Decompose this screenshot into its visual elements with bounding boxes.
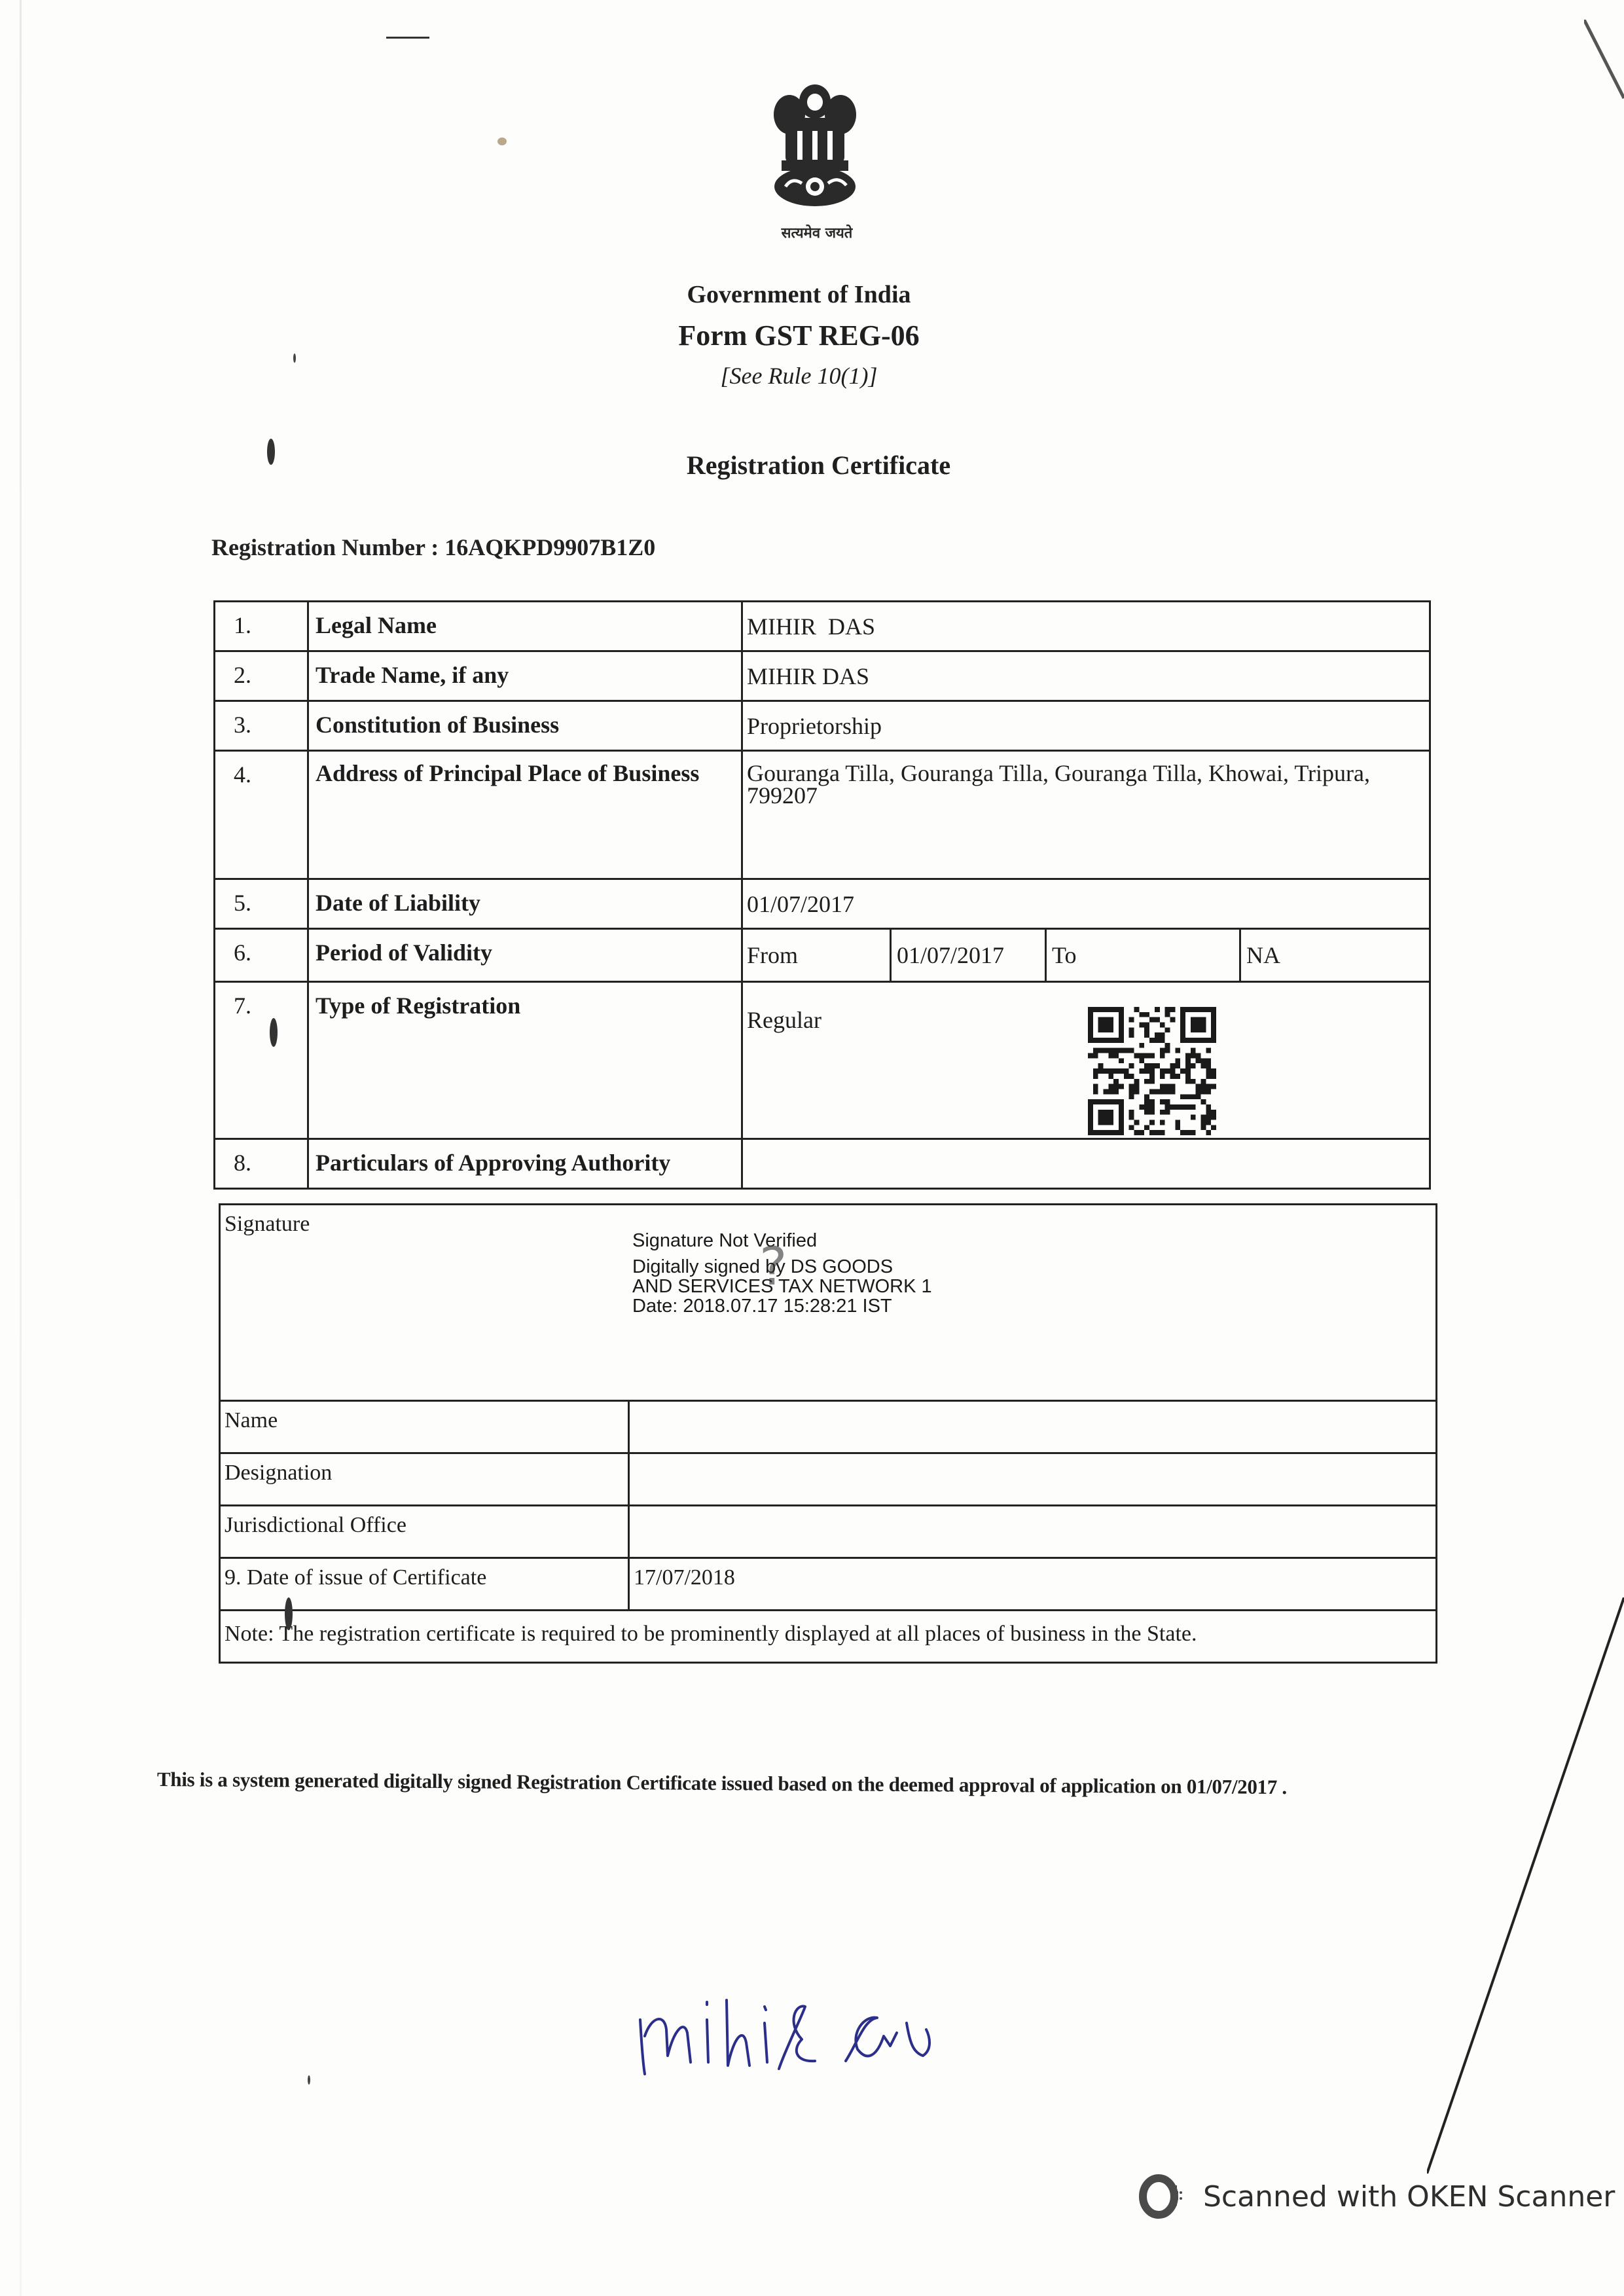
row-number: 6. — [215, 929, 308, 982]
scanner-watermark-text: Scanned with OKEN Scanner — [1203, 2180, 1615, 2214]
oken-scanner-logo-icon — [1139, 2174, 1185, 2219]
row-number: 7. — [215, 982, 308, 1139]
row-label: Address of Principal Place of Business — [308, 751, 742, 879]
date-of-liability-value: 01/07/2017 — [742, 879, 1430, 929]
row-label: Trade Name, if any — [308, 651, 742, 701]
table-row: 4. Address of Principal Place of Busines… — [215, 751, 1430, 879]
system-generated-note: This is a system generated digitally sig… — [157, 1768, 1287, 1799]
scanner-watermark: Scanned with OKEN Scanner — [1139, 2174, 1615, 2219]
scan-speck — [270, 1018, 278, 1047]
row-label: Type of Registration — [308, 982, 742, 1139]
page-fold-line-bottom — [1427, 1597, 1624, 2174]
validity-from-value: 01/07/2017 — [890, 930, 1045, 981]
approving-authority-value — [742, 1139, 1430, 1189]
row-label: Constitution of Business — [308, 701, 742, 751]
table-row: Name — [220, 1401, 1437, 1453]
certificate-details-table: 1. Legal Name MIHIR DAS 2. Trade Name, i… — [213, 600, 1431, 1190]
scan-speck — [285, 1597, 293, 1630]
validity-from-label: From — [743, 941, 890, 969]
row-number: 3. — [215, 701, 308, 751]
row-number: 4. — [215, 751, 308, 879]
table-row: 3. Constitution of Business Proprietorsh… — [215, 701, 1430, 751]
qr-code-icon — [1087, 1007, 1218, 1135]
validity-to-value: NA — [1239, 930, 1429, 981]
page-fold-line-top — [1584, 20, 1624, 118]
certificate-title: Registration Certificate — [7, 450, 1624, 481]
signature-unverified-icon: ? — [759, 1236, 787, 1297]
emblem-motto: सत्यमेव जयते — [771, 223, 863, 242]
scan-speck — [267, 439, 275, 465]
scan-speck — [308, 2075, 310, 2085]
row-label: Name — [220, 1401, 629, 1453]
row-label: Particulars of Approving Authority — [308, 1139, 742, 1189]
jurisdictional-office-value — [629, 1506, 1437, 1558]
form-heading: Form GST REG-06 — [0, 319, 1611, 352]
row-label: 9. Date of issue of Certificate — [220, 1558, 629, 1611]
registration-number: Registration Number : 16AQKPD9907B1Z0 — [211, 534, 655, 561]
constitution-value: Proprietorship — [742, 701, 1430, 751]
scan-speck — [497, 137, 507, 145]
validity-period-cell: From 01/07/2017 To NA — [742, 929, 1430, 982]
registration-number-label: Registration Number : — [211, 534, 439, 560]
row-label: Jurisdictional Office — [220, 1506, 629, 1558]
handwritten-signature — [615, 1958, 995, 2082]
designation-value — [629, 1453, 1437, 1506]
table-row: Jurisdictional Office — [220, 1506, 1437, 1558]
table-row: 1. Legal Name MIHIR DAS — [215, 602, 1430, 651]
registration-type-value: Regular — [742, 982, 1430, 1139]
validity-to-label: To — [1045, 930, 1239, 981]
table-row: 8. Particulars of Approving Authority — [215, 1139, 1430, 1189]
row-label: Period of Validity — [308, 929, 742, 982]
row-label: Legal Name — [308, 602, 742, 651]
address-value: Gouranga Tilla, Gouranga Tilla, Gouranga… — [742, 751, 1430, 879]
row-label: Date of Liability — [308, 879, 742, 929]
signature-date: Date: 2018.07.17 15:28:21 IST — [632, 1296, 932, 1316]
authority-name-value — [629, 1401, 1437, 1453]
scan-artifact-dash — [386, 37, 429, 39]
table-row: 2. Trade Name, if any MIHIR DAS — [215, 651, 1430, 701]
state-emblem-icon — [766, 79, 864, 210]
note-text: Note: The registration certificate is re… — [220, 1611, 1437, 1663]
note-row: Note: The registration certificate is re… — [220, 1611, 1437, 1663]
row-number: 5. — [215, 879, 308, 929]
trade-name-value: MIHIR DAS — [742, 651, 1430, 701]
row-number: 8. — [215, 1139, 308, 1189]
rule-reference: [See Rule 10(1)] — [0, 362, 1611, 390]
issue-date-value: 17/07/2018 — [629, 1558, 1437, 1611]
table-row: 9. Date of issue of Certificate 17/07/20… — [220, 1558, 1437, 1611]
row-number: 2. — [215, 651, 308, 701]
row-label: Designation — [220, 1453, 629, 1506]
legal-name-value: MIHIR DAS — [742, 602, 1430, 651]
government-heading: Government of India — [0, 280, 1611, 309]
table-row: 6. Period of Validity From 01/07/2017 To… — [215, 929, 1430, 982]
scan-speck — [293, 354, 296, 363]
table-row: 7. Type of Registration Regular — [215, 982, 1430, 1139]
registration-number-value: 16AQKPD9907B1Z0 — [444, 534, 655, 560]
row-number: 1. — [215, 602, 308, 651]
table-row: 5. Date of Liability 01/07/2017 — [215, 879, 1430, 929]
table-row: Designation — [220, 1453, 1437, 1506]
